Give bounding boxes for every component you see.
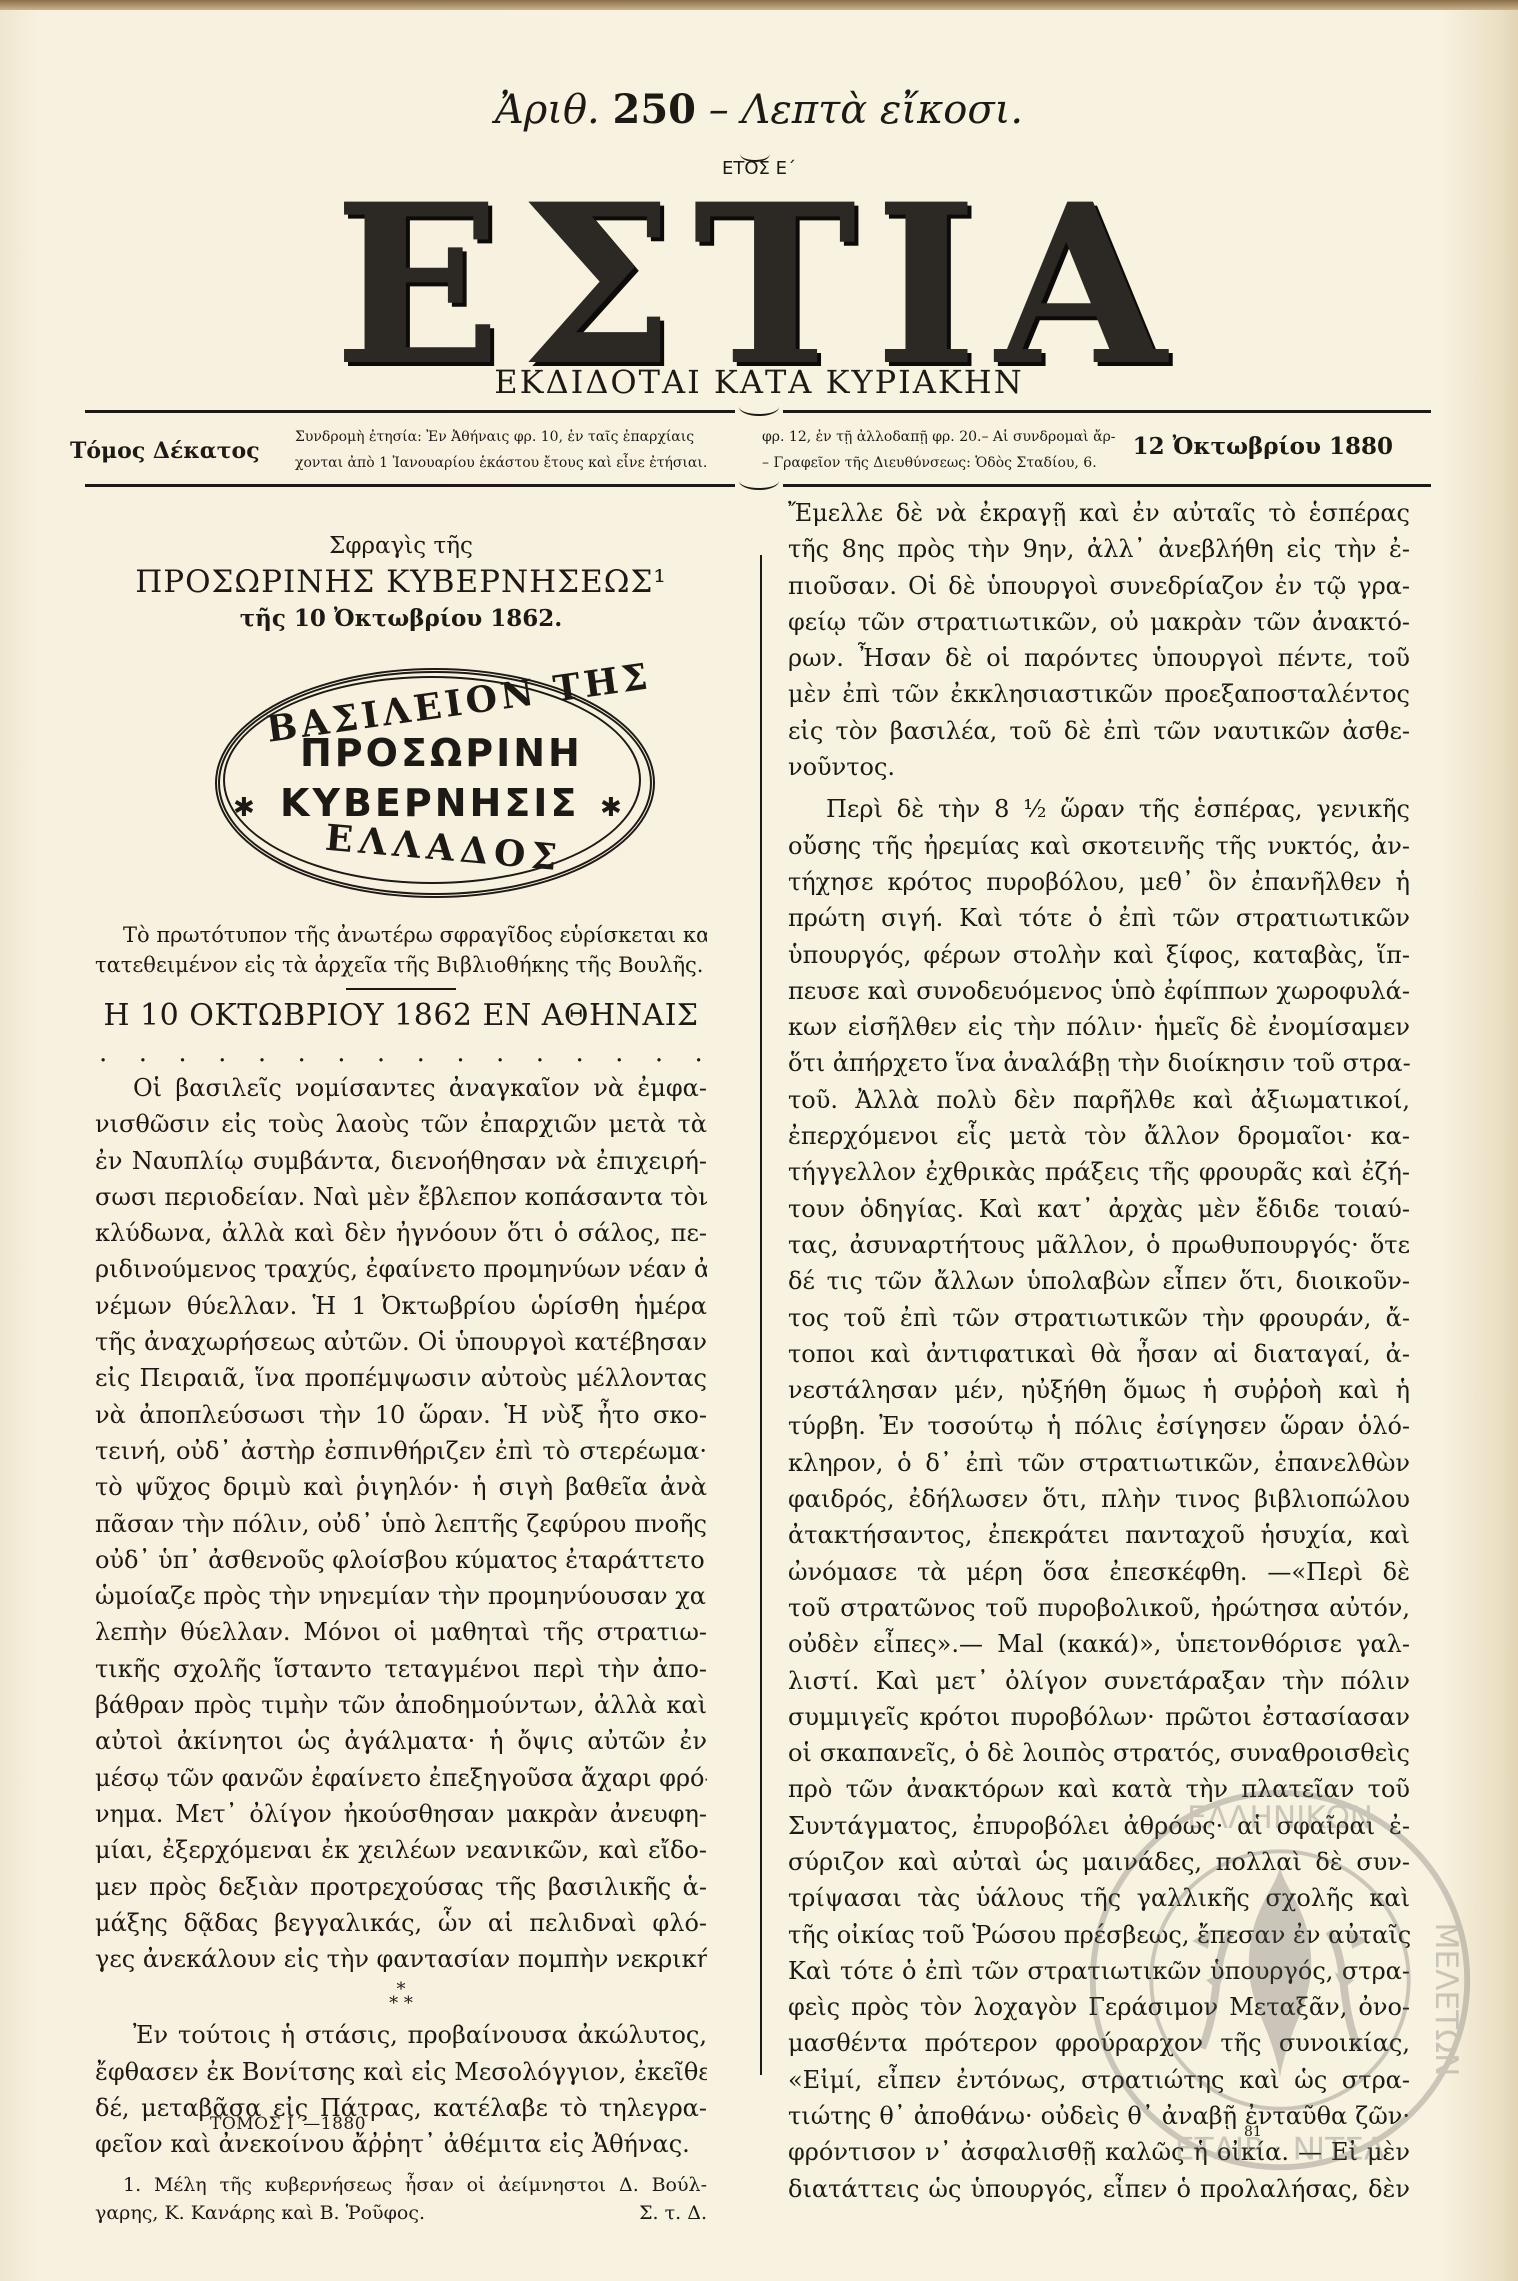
svg-text:ΕΛΛΗΝΙΚΩΝ: ΕΛΛΗΝΙΚΩΝ (1187, 1800, 1373, 1836)
issue-prefix: Ἀριθ. (495, 87, 600, 133)
binding-edge (0, 0, 1518, 10)
brace-ornament (739, 472, 779, 490)
subscription-info-left: Συνδρομὴ ἐτησία: Ἐν Ἀθήναις φρ. 10, ἐν τ… (295, 424, 707, 476)
volume-label: Τόμος Δέκατος (70, 438, 260, 464)
brace-ornament (739, 398, 779, 416)
seal-note: Τὸ πρωτότυπον τῆς ἀνωτέρω σφραγῖδος εὑρί… (95, 920, 707, 980)
seal-text-middle-1: ΠΡΟΣΩΡΙΝΗ (300, 735, 583, 771)
masthead-title: ΕΣΤΙΑ (0, 195, 1518, 375)
article-paragraph: Ἐν τούτοις ἡ στάσις, προβαίνουσα ἀκώλυτο… (95, 2017, 707, 2162)
seal-caption: Σφραγὶς τῆς (95, 530, 707, 562)
article-paragraph: Ἔμελλε δὲ νὰ ἐκραγῇ καὶ ἐν αὐταῖς τὸ ἑσπ… (788, 495, 1410, 785)
article-paragraph: Οἱ βασιλεῖς νομίσαντες ἀναγκαῖον νὰ ἐμφα… (95, 1070, 707, 1977)
issue-number: 250 (613, 86, 697, 133)
svg-text:ΜΕΛΕΤΩΝ: ΜΕΛΕΤΩΝ (1428, 1923, 1464, 2077)
article-title: Η 10 ΟΚΤΩΒΡΙΟΥ 1862 ΕΝ ΑΘΗΝΑΙΣ (95, 994, 707, 1038)
newspaper-page: Ἀριθ. 250 – Λεπτὰ εἴκοσι. ΕΤΟΣ Ε΄ ΕΣΤΙΑ … (0, 0, 1518, 2281)
footnote: 1. Μέλη τῆς κυβερνήσεως ἦσαν οἱ ἀείμνηστ… (95, 2171, 707, 2227)
left-column: Σφραγὶς τῆς ΠΡΟΣΩΡΙΝΗΣ ΚΥΒΕΡΝΗΣΕΩΣ¹ τῆς … (95, 530, 707, 2227)
header-rule-top-right (783, 410, 1431, 413)
header-rule-bottom-left (85, 484, 735, 487)
star-icon: ✱ (600, 790, 622, 826)
svg-text:ΕΤΑΙΡ · ΝΙΤΣΛ: ΕΤΑΙΡ · ΝΙΤΣΛ (1175, 2131, 1386, 2167)
issue-date: 12 Ὀκτωβρίου 1880 (1133, 433, 1393, 460)
star-icon: ✱ (233, 790, 255, 826)
column-divider (760, 555, 762, 2075)
footnote-signature: Σ. τ. Δ. (639, 2199, 707, 2227)
library-watermark-stamp: ΕΛΛΗΝΙΚΩΝ ΕΤΑΙΡ · ΝΙΤΣΛ ΜΕΛΕΤΩΝ (1085, 1785, 1475, 2175)
issue-line: Ἀριθ. 250 – Λεπτὰ εἴκοσι. (0, 86, 1518, 133)
subscription-info-right: φρ. 12, ἐν τῇ ἀλλοδαπῇ φρ. 20.– Αἱ συνδρ… (762, 424, 1116, 476)
stamp-seal-icon: ΕΛΛΗΝΙΚΩΝ ΕΤΑΙΡ · ΝΙΤΣΛ ΜΕΛΕΤΩΝ (1085, 1785, 1475, 2175)
ellipsis-dots: ................ (95, 1040, 707, 1066)
government-seal: ΒΑΣΙΛΕΙΟΝ ΤΗΣ ΠΡΟΣΩΡΙΝΗ ΚΥΒΕΡΝΗΣΙΣ ΕΛΛΑΔ… (95, 650, 707, 900)
asterism: * * * (95, 1983, 707, 2011)
masthead-subtitle: ΕΚΔΙΔΟΤΑΙ ΚΑΤΑ ΚΥΡΙΑΚΗΝ (0, 363, 1518, 401)
header-rule-bottom-right (783, 484, 1431, 487)
volume-footer: ΤΟΜΟΣ Ι΄—1880 (210, 2114, 366, 2134)
header-rule-top-left (85, 410, 735, 413)
seal-date: τῆς 10 Ὀκτωβρίου 1862. (95, 602, 707, 636)
seal-heading: ΠΡΟΣΩΡΙΝΗΣ ΚΥΒΕΡΝΗΣΕΩΣ¹ (95, 562, 707, 602)
issue-price: – Λεπτὰ εἴκοσι. (709, 87, 1023, 133)
seal-text-middle-2: ΚΥΒΕΡΝΗΣΙΣ (280, 785, 579, 821)
section-divider (346, 988, 456, 990)
